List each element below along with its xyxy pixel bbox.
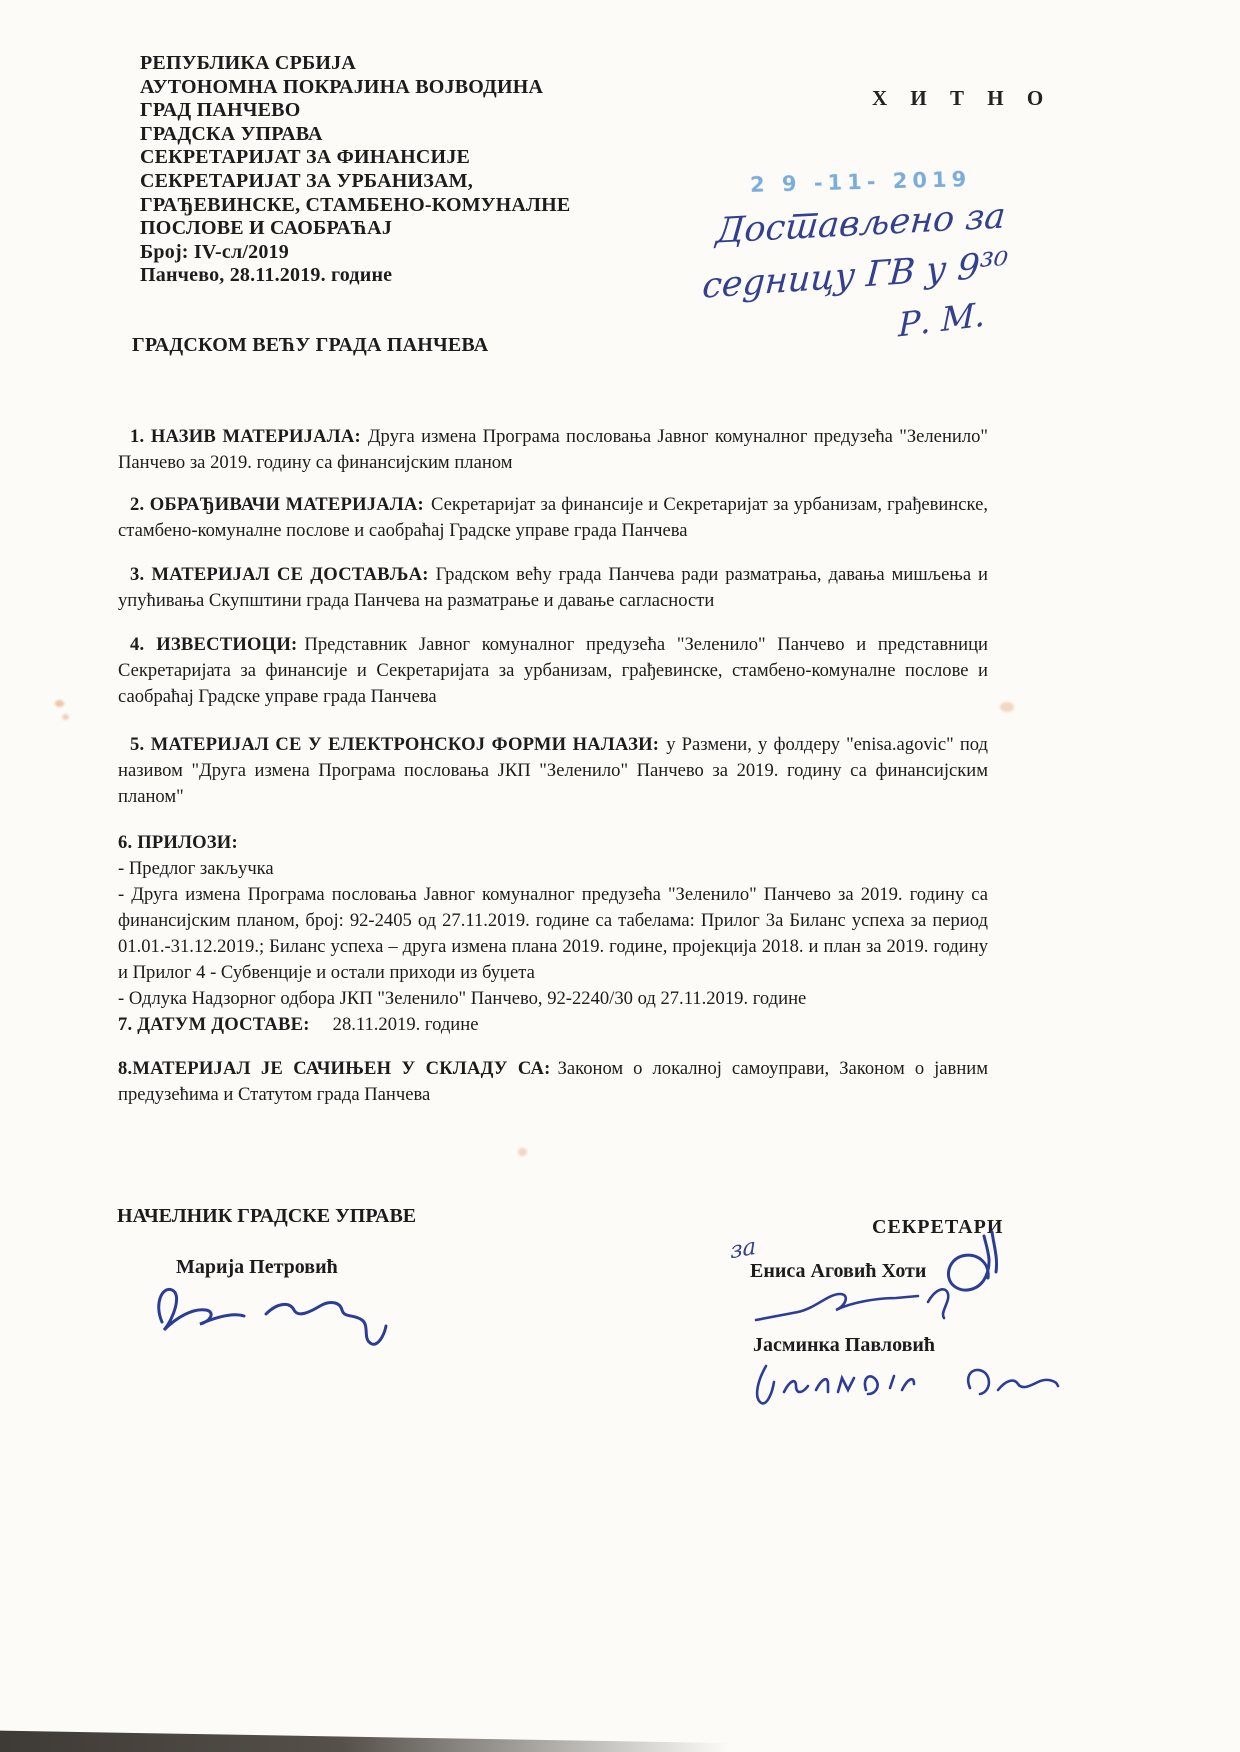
- attachment-item-1: - Предлог закључка: [118, 856, 988, 882]
- document-body: 1. НАЗИВ МАТЕРИЈАЛА:Друга измена Програм…: [118, 424, 988, 1108]
- attachment-item-2: - Друга измена Програма пословања Јавног…: [118, 882, 988, 986]
- section-material-title: 1. НАЗИВ МАТЕРИЈАЛА:Друга измена Програм…: [118, 424, 988, 476]
- paper-speck: [62, 714, 69, 720]
- handwritten-initials: Р. М.: [898, 294, 986, 344]
- section-material-delivered-to: 3. МАТЕРИЈАЛ СЕ ДОСТАВЉА:Градском већу г…: [118, 562, 988, 614]
- letterhead-line-admin: ГРАДСКА УПРАВА: [140, 123, 700, 147]
- handwritten-note-line-1: Достављено за: [714, 196, 1007, 251]
- attachment-item-3: - Одлука Надзорног одбора ЈКП "Зеленило"…: [118, 986, 988, 1012]
- signature-jasminka-pavlovic: [750, 1352, 1080, 1412]
- letterhead: РЕПУБЛИКА СРБИЈА АУТОНОМНА ПОКРАЈИНА ВОЈ…: [140, 52, 700, 288]
- signatory-left-title: НАЧЕЛНИК ГРАДСКЕ УПРАВЕ: [117, 1205, 416, 1228]
- paper-speck: [55, 700, 64, 707]
- section-1-label: 1. НАЗИВ МАТЕРИЈАЛА:: [130, 426, 361, 447]
- signature-marija-petrovic: [148, 1278, 448, 1348]
- section-8-label: 8.МАТЕРИЈАЛ ЈЕ САЧИЊЕН У СКЛАДУ СА:: [118, 1058, 551, 1079]
- section-electronic-form: 5. МАТЕРИЈАЛ СЕ У ЕЛЕКТРОНСКОЈ ФОРМИ НАЛ…: [118, 732, 988, 810]
- section-2-label: 2. ОБРАЂИВАЧИ МАТЕРИЈАЛА:: [130, 494, 424, 515]
- letterhead-line-urbanism-3: ПОСЛОВЕ И САОБРАЋАЈ: [140, 217, 700, 241]
- scan-edge-artifact: [0, 1726, 760, 1752]
- received-date-stamp: 2 9 -11- 2019: [750, 167, 972, 197]
- section-rapporteurs: 4. ИЗВЕСТИОЦИ:Представник Јавног комунал…: [118, 632, 988, 710]
- section-3-label: 3. МАТЕРИЈАЛ СЕ ДОСТАВЉА:: [130, 564, 429, 585]
- section-attachments-heading: 6. ПРИЛОЗИ:: [118, 830, 988, 856]
- section-legal-basis: 8.МАТЕРИЈАЛ ЈЕ САЧИЊЕН У СКЛАДУ СА:Закон…: [118, 1056, 988, 1108]
- signatory-left-name: Марија Петровић: [176, 1256, 338, 1279]
- section-material-processors: 2. ОБРАЂИВАЧИ МАТЕРИЈАЛА:Секретаријат за…: [118, 492, 988, 544]
- section-5-label: 5. МАТЕРИЈАЛ СЕ У ЕЛЕКТРОНСКОЈ ФОРМИ НАЛ…: [130, 734, 659, 755]
- letterhead-line-city: ГРАД ПАНЧЕВО: [140, 99, 700, 123]
- signature-flourish-scribble: [928, 1228, 1008, 1318]
- scanned-document-page: РЕПУБЛИКА СРБИЈА АУТОНОМНА ПОКРАЈИНА ВОЈ…: [0, 0, 1240, 1752]
- paper-speck: [518, 1148, 527, 1156]
- letterhead-line-finance: СЕКРЕТАРИЈАТ ЗА ФИНАНСИЈЕ: [140, 146, 700, 170]
- urgent-label: Х И Т Н О: [872, 86, 1052, 111]
- section-7-text: 28.11.2019. године: [333, 1014, 479, 1035]
- addressee-line: ГРАДСКОМ ВЕЋУ ГРАДА ПАНЧЕВА: [132, 334, 488, 357]
- document-number: Број: IV-сл/2019: [140, 241, 700, 265]
- letterhead-line-urbanism-2: ГРАЂЕВИНСКЕ, СТАМБЕНО-КОМУНАЛНЕ: [140, 194, 700, 218]
- letterhead-line-province: АУТОНОМНА ПОКРАЈИНА ВОЈВОДИНА: [140, 76, 700, 100]
- paper-speck: [1000, 702, 1014, 712]
- letterhead-line-urbanism-1: СЕКРЕТАРИЈАТ ЗА УРБАНИЗАМ,: [140, 170, 700, 194]
- section-6-label: 6. ПРИЛОЗИ:: [118, 832, 238, 853]
- letterhead-line-republic: РЕПУБЛИКА СРБИЈА: [140, 52, 700, 76]
- section-4-label: 4. ИЗВЕСТИОЦИ:: [130, 634, 297, 655]
- section-7-label: 7. ДАТУМ ДОСТАВЕ:: [118, 1014, 310, 1035]
- section-delivery-date: 7. ДАТУМ ДОСТАВЕ:28.11.2019. године: [118, 1012, 988, 1038]
- document-date-place: Панчево, 28.11.2019. године: [140, 264, 700, 288]
